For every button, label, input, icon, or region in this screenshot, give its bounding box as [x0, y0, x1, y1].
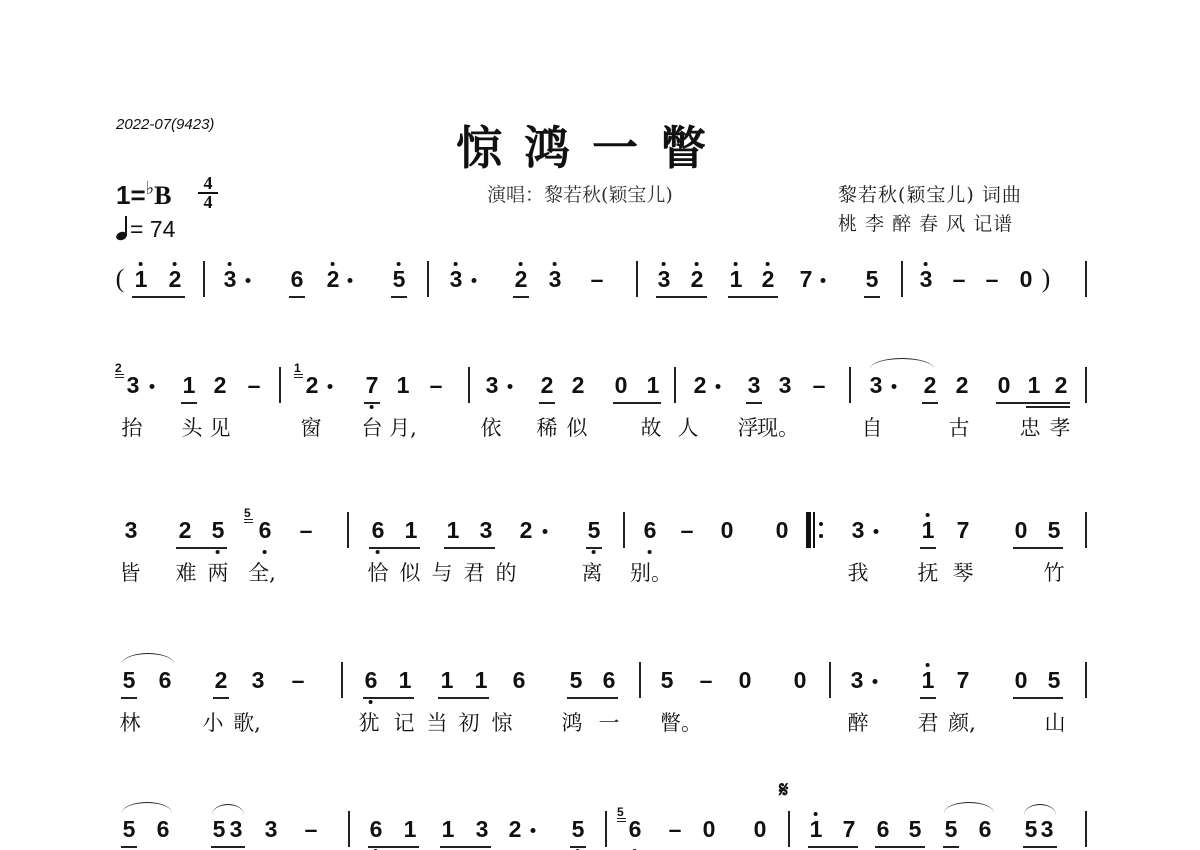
augmentation-dot [328, 384, 333, 389]
beam-underline [211, 846, 245, 848]
note: 6 [157, 818, 170, 841]
note: 2 [169, 268, 182, 291]
bar-line [849, 367, 851, 403]
lyric-char: 月, [389, 418, 417, 439]
bar-line [901, 261, 903, 297]
lyric-char: 全, [248, 563, 276, 584]
lyric-char: 鸿 [562, 713, 583, 734]
slur-arc [944, 802, 994, 813]
note: 3 [127, 374, 140, 397]
augmentation-dot [348, 278, 353, 283]
lyric-char: 皆 [120, 563, 141, 584]
beam-underline [368, 846, 419, 848]
lyric-char: 似 [400, 563, 421, 584]
beam-underline [121, 846, 137, 848]
lyric-char: 抚 [918, 563, 939, 584]
note: 6 [159, 669, 172, 692]
segno-icon: 𝄋 [779, 778, 788, 803]
grace-note: 5 [244, 507, 251, 519]
augmentation-dot [892, 384, 897, 389]
beam-underline [440, 846, 491, 848]
repeat-dot [819, 534, 823, 538]
beam-underline [364, 402, 380, 404]
lyric-char: 竹 [1044, 563, 1065, 584]
note: 2 [215, 669, 228, 692]
dash-extender: – [700, 669, 713, 692]
note: 0 [721, 519, 734, 542]
note: 5 [1048, 669, 1061, 692]
note: 2 [327, 268, 340, 291]
note: 1 [475, 669, 488, 692]
time-bottom: 4 [198, 195, 218, 210]
beam-underline [996, 402, 1070, 404]
beam-underline [808, 846, 858, 848]
bar-line [639, 662, 641, 698]
note: 7 [843, 818, 856, 841]
note: 3 [476, 818, 489, 841]
dash-extender: – [813, 374, 826, 397]
lyric-char: 见 [210, 418, 231, 439]
note: 2 [694, 374, 707, 397]
bar-line [636, 261, 638, 297]
note: 5 [1048, 519, 1061, 542]
bar-line [1085, 512, 1087, 548]
key-letter: B [154, 181, 171, 210]
song-title: 惊鸿一瞥 [456, 112, 728, 178]
lyric-char: 醉 [848, 713, 869, 734]
beam-underline [363, 697, 414, 699]
slur-arc [122, 802, 172, 813]
lyric-char: 小 [203, 713, 224, 734]
beam-underline [586, 547, 602, 549]
bar-line [1085, 662, 1087, 698]
lyric-char: 头 [182, 418, 203, 439]
time-top: 4 [198, 176, 218, 191]
note: 3 [870, 374, 883, 397]
beam-underline [920, 697, 936, 699]
lyric-char: 山 [1045, 713, 1066, 734]
dash-extender: – [292, 669, 305, 692]
lyric-char: 恰 [368, 563, 389, 584]
beam-underline [176, 547, 227, 549]
note: 2 [306, 374, 319, 397]
beam-underline [444, 547, 495, 549]
note: 0 [794, 669, 807, 692]
note: 6 [365, 669, 378, 692]
note: 7 [957, 669, 970, 692]
dash-extender: – [591, 268, 604, 291]
note: 3 [1041, 818, 1054, 841]
quarter-note-icon [116, 216, 130, 240]
lyric-char: 台 [362, 418, 383, 439]
lyric-char: 人 [678, 418, 699, 439]
lyric-char: 故 [641, 418, 662, 439]
beam-underline [1013, 697, 1063, 699]
lyric-char: 与 [432, 563, 453, 584]
note: 1 [730, 268, 743, 291]
note: 1 [922, 519, 935, 542]
composer-credit: 黎若秋(颖宝儿) 词曲 [838, 180, 1022, 207]
bar-line [605, 811, 607, 847]
lyric-char: 依 [481, 418, 502, 439]
lyric-char: 似 [567, 418, 588, 439]
beam-underline [438, 697, 489, 699]
note: 0 [739, 669, 752, 692]
note: 6 [370, 818, 383, 841]
note: 3 [252, 669, 265, 692]
note: 3 [779, 374, 792, 397]
bar-line [427, 261, 429, 297]
note: 1 [810, 818, 823, 841]
note: 0 [998, 374, 1011, 397]
slur-arc [122, 653, 174, 664]
note: 5 [570, 669, 583, 692]
note: 1 [399, 669, 412, 692]
note: 1 [442, 818, 455, 841]
grace-note: 2 [115, 362, 122, 374]
beam-underline [920, 547, 936, 549]
grace-note: 1 [294, 362, 301, 374]
note: 1 [397, 374, 410, 397]
lyric-char: 一 [599, 713, 620, 734]
note: 2 [572, 374, 585, 397]
lyric-char: 林 [120, 713, 141, 734]
lyric-char: 两 [208, 563, 229, 584]
note: 2 [179, 519, 192, 542]
note: 1 [404, 818, 417, 841]
bar-line [347, 512, 349, 548]
note: 6 [603, 669, 616, 692]
dash-extender: – [986, 268, 999, 291]
note: 5 [945, 818, 958, 841]
lyric-char: 君 [918, 713, 939, 734]
bar-line [348, 811, 350, 847]
note: 2 [956, 374, 969, 397]
note: 1 [647, 374, 660, 397]
note: 5 [213, 818, 226, 841]
note: 2 [520, 519, 533, 542]
beam-underline [369, 547, 420, 549]
note: 7 [957, 519, 970, 542]
beam-underline [181, 402, 197, 404]
augmentation-dot [531, 828, 536, 833]
lyric-char: 自 [862, 418, 883, 439]
bar-line [468, 367, 470, 403]
dash-extender: – [953, 268, 966, 291]
augmentation-dot [543, 529, 548, 534]
augmentation-dot [150, 384, 155, 389]
note: 5 [661, 669, 674, 692]
key-tonic: 1 [116, 180, 130, 210]
lyric-char: 孝 [1050, 418, 1071, 439]
augmentation-dot [873, 679, 878, 684]
note: 3 [450, 268, 463, 291]
beam-underline [391, 296, 407, 298]
time-signature: 4 4 [198, 176, 218, 210]
lyric-char: 颜, [948, 713, 976, 734]
lyric-char: 抬 [122, 418, 143, 439]
beam-underline [213, 697, 229, 699]
augmentation-dot [472, 278, 477, 283]
augmentation-dot [508, 384, 513, 389]
beam-underline [132, 296, 185, 298]
bar-line [788, 811, 790, 847]
slur-arc [1024, 804, 1056, 815]
lyric-char: 惊 [492, 713, 513, 734]
lyric-char: 君 [464, 563, 485, 584]
note: 3 [658, 268, 671, 291]
note: 3 [230, 818, 243, 841]
note: 3 [920, 268, 933, 291]
beam-underline [943, 846, 959, 848]
lyric-char: 稀 [537, 418, 558, 439]
beam-underline [570, 846, 586, 848]
note: 3 [486, 374, 499, 397]
lyric-char: 窗 [301, 418, 322, 439]
bar-line [1085, 811, 1087, 847]
lyric-char: 犹 [359, 713, 380, 734]
note: 6 [513, 669, 526, 692]
bar-line [674, 367, 676, 403]
note: 1 [447, 519, 460, 542]
grace-note: 5 [617, 806, 624, 818]
beam-underline [567, 697, 618, 699]
lyric-char: 离 [582, 563, 603, 584]
note: 5 [123, 669, 136, 692]
note: 0 [754, 818, 767, 841]
augmentation-dot [246, 278, 251, 283]
lyric-char: 浮 [738, 418, 759, 439]
note: 5 [123, 818, 136, 841]
note: 6 [372, 519, 385, 542]
note: 5 [909, 818, 922, 841]
repeat-thick-bar [806, 512, 811, 548]
lyric-char: 难 [176, 563, 197, 584]
note: 0 [1015, 519, 1028, 542]
note: 3 [125, 519, 138, 542]
lyric-char: 古 [949, 418, 970, 439]
augmentation-dot [821, 278, 826, 283]
dash-extender: – [681, 519, 694, 542]
beam-underline [289, 296, 305, 298]
beam-underline [121, 697, 137, 699]
flat-icon: ♭ [146, 178, 155, 198]
note: 3 [852, 519, 865, 542]
beam-underline [875, 846, 925, 848]
bar-line [279, 367, 281, 403]
beam-underline [728, 296, 778, 298]
note: 3 [224, 268, 237, 291]
score-code: 2022-07(9423) [116, 116, 214, 133]
beam-underline [864, 296, 880, 298]
singer-credit: 演唱：黎若秋(颖宝儿) [487, 180, 673, 207]
note: 1 [183, 374, 196, 397]
tempo-value: = 74 [130, 216, 175, 242]
note: 6 [979, 818, 992, 841]
note: 5 [866, 268, 879, 291]
note: 6 [259, 519, 272, 542]
note: 7 [366, 374, 379, 397]
note: 5 [212, 519, 225, 542]
note: 0 [1015, 669, 1028, 692]
note: 6 [877, 818, 890, 841]
lyric-char: 我 [848, 563, 869, 584]
note: 2 [541, 374, 554, 397]
beam-underline [1023, 846, 1057, 848]
beam-underline [613, 402, 661, 404]
key-signature: 1=♭B [116, 178, 172, 211]
note: 3 [265, 818, 278, 841]
bar-line [829, 662, 831, 698]
dash-extender: – [300, 519, 313, 542]
bar-line [203, 261, 205, 297]
note: 0 [703, 818, 716, 841]
transcriber-credit: 桃 李 醉 春 风 记谱 [838, 209, 1013, 236]
key-equals: = [130, 180, 145, 210]
lyric-char: 歌, [233, 713, 261, 734]
parenthesis: ) [1042, 264, 1051, 294]
note: 2 [691, 268, 704, 291]
note: 6 [291, 268, 304, 291]
lyric-char: 当 [427, 713, 448, 734]
note: 7 [800, 268, 813, 291]
note: 0 [615, 374, 628, 397]
beam-underline [1026, 406, 1070, 408]
dash-extender: – [305, 818, 318, 841]
lyric-char: 记 [394, 713, 415, 734]
note: 1 [135, 268, 148, 291]
bar-line [1085, 261, 1087, 297]
note: 2 [214, 374, 227, 397]
lyric-char: 瞥。 [660, 713, 702, 734]
beam-underline [513, 296, 529, 298]
note: 5 [588, 519, 601, 542]
dash-extender: – [248, 374, 261, 397]
dash-extender: – [669, 818, 682, 841]
note: 2 [1055, 374, 1068, 397]
lyric-char: 现。 [757, 418, 799, 439]
note: 5 [572, 818, 585, 841]
note: 1 [441, 669, 454, 692]
repeat-dot [819, 522, 823, 526]
repeat-thin-bar [813, 512, 815, 548]
note: 1 [405, 519, 418, 542]
note: 1 [1028, 374, 1041, 397]
lyric-char: 琴 [953, 563, 974, 584]
beam-underline [922, 402, 938, 404]
note: 2 [515, 268, 528, 291]
beam-underline [1013, 547, 1063, 549]
bar-line [341, 662, 343, 698]
parenthesis: ( [116, 264, 125, 294]
note: 0 [1020, 268, 1033, 291]
slur-arc [212, 804, 244, 815]
note: 3 [549, 268, 562, 291]
note: 1 [922, 669, 935, 692]
bar-line [1085, 367, 1087, 403]
lyric-char: 忠 [1020, 418, 1041, 439]
note: 5 [1025, 818, 1038, 841]
note: 0 [776, 519, 789, 542]
lyric-char: 初 [459, 713, 480, 734]
note: 3 [748, 374, 761, 397]
note: 3 [480, 519, 493, 542]
note: 5 [393, 268, 406, 291]
augmentation-dot [874, 529, 879, 534]
beam-underline [656, 296, 707, 298]
dash-extender: – [430, 374, 443, 397]
note: 2 [924, 374, 937, 397]
lyric-char: 别。 [630, 563, 672, 584]
augmentation-dot [716, 384, 721, 389]
slur-arc [870, 358, 934, 369]
beam-underline [539, 402, 555, 404]
note: 2 [509, 818, 522, 841]
tempo-marking: = 74 [116, 216, 175, 243]
beam-underline [746, 402, 762, 404]
note: 2 [762, 268, 775, 291]
note: 6 [629, 818, 642, 841]
bar-line [623, 512, 625, 548]
note: 6 [644, 519, 657, 542]
note: 3 [851, 669, 864, 692]
lyric-char: 的 [496, 563, 517, 584]
